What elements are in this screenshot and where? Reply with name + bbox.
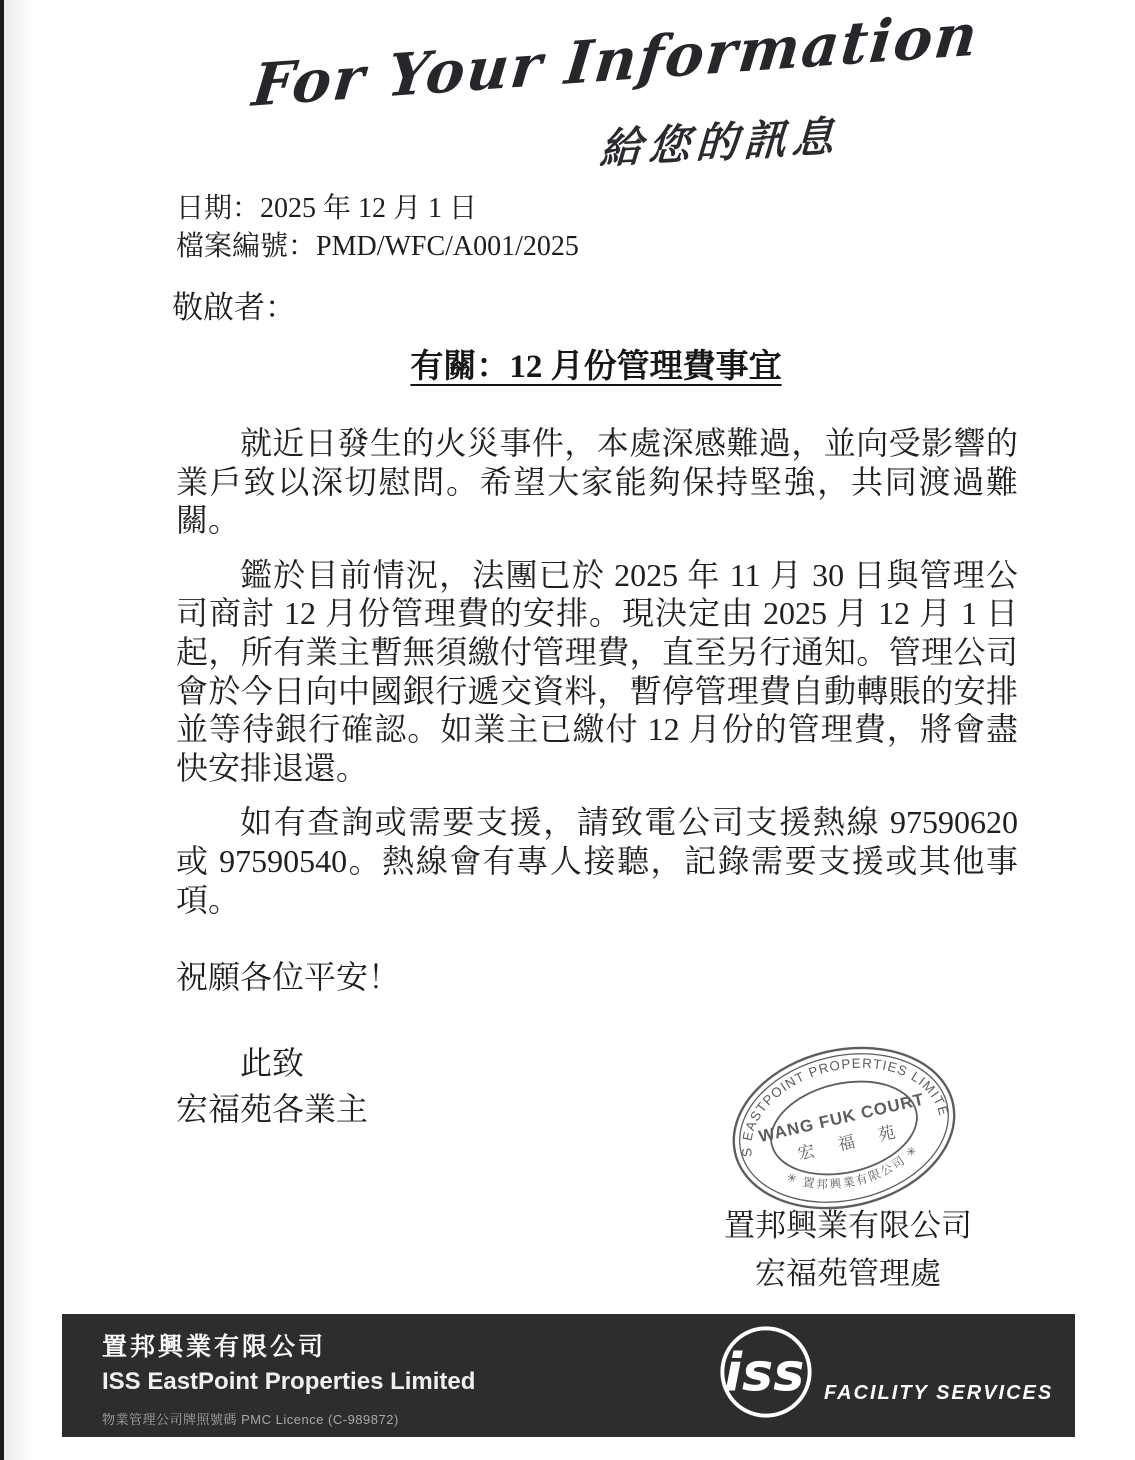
footer-company-en: ISS EastPoint Properties Limited bbox=[102, 1368, 475, 1396]
footer-licence: 物業管理公司牌照號碼 PMC Licence (C-989872) bbox=[102, 1409, 475, 1428]
date-line: 日期：2025 年 12 月 1 日 bbox=[176, 190, 579, 228]
footer-company-zh: 置邦興業有限公司 bbox=[102, 1327, 475, 1363]
signer-office-line: 宏福苑管理處 bbox=[702, 1248, 994, 1293]
body-paragraph: 如有查詢或需要支援，請致電公司支援熱線 97590620 或 97590540。… bbox=[176, 803, 1018, 919]
fyi-handwriting-zh: 給您的訊息 bbox=[599, 104, 842, 177]
iss-tagline: FACILITY SERVICES bbox=[824, 1382, 1053, 1405]
body-paragraph: 就近日發生的火災事件，本處深感難過，並向受影響的業戶致以深切慰問。希望大家能夠保… bbox=[176, 424, 1018, 540]
subject-title: 有關：12 月份管理費事宜 bbox=[410, 349, 781, 385]
blessing-line: 祝願各位平安！ bbox=[176, 952, 400, 998]
footer-bar: 置邦興業有限公司 ISS EastPoint Properties Limite… bbox=[62, 1314, 1075, 1437]
subject-wrap: 有關：12 月份管理費事宜 bbox=[176, 340, 1016, 387]
letter-body: 就近日發生的火災事件，本處深感難過，並向受影響的業戶致以深切慰問。希望大家能夠保… bbox=[176, 424, 1018, 935]
body-paragraph: 鑑於目前情況，法團已於 2025 年 11 月 30 日與管理公司商討 12 月… bbox=[176, 556, 1018, 788]
iss-logo-text: iss bbox=[724, 1342, 804, 1403]
footer-company-block: 置邦興業有限公司 ISS EastPoint Properties Limite… bbox=[102, 1327, 475, 1428]
addressee-line: 宏福苑各業主 bbox=[176, 1084, 368, 1130]
file-number-line: 檔案編號：PMD/WFC/A001/2025 bbox=[176, 228, 579, 266]
signer-company-line: 置邦興業有限公司 bbox=[702, 1200, 994, 1245]
iss-logo: iss bbox=[718, 1324, 814, 1420]
letter-page: For Your Information 給您的訊息 日期：2025 年 12 … bbox=[0, 0, 1135, 1460]
salutation: 敬啟者： bbox=[172, 282, 296, 327]
fyi-handwriting-en: For Your Information bbox=[249, 0, 982, 119]
letter-meta: 日期：2025 年 12 月 1 日 檔案編號：PMD/WFC/A001/202… bbox=[176, 190, 579, 266]
closing-line: 此致 bbox=[240, 1038, 304, 1084]
scan-shadow bbox=[4, 0, 34, 1460]
